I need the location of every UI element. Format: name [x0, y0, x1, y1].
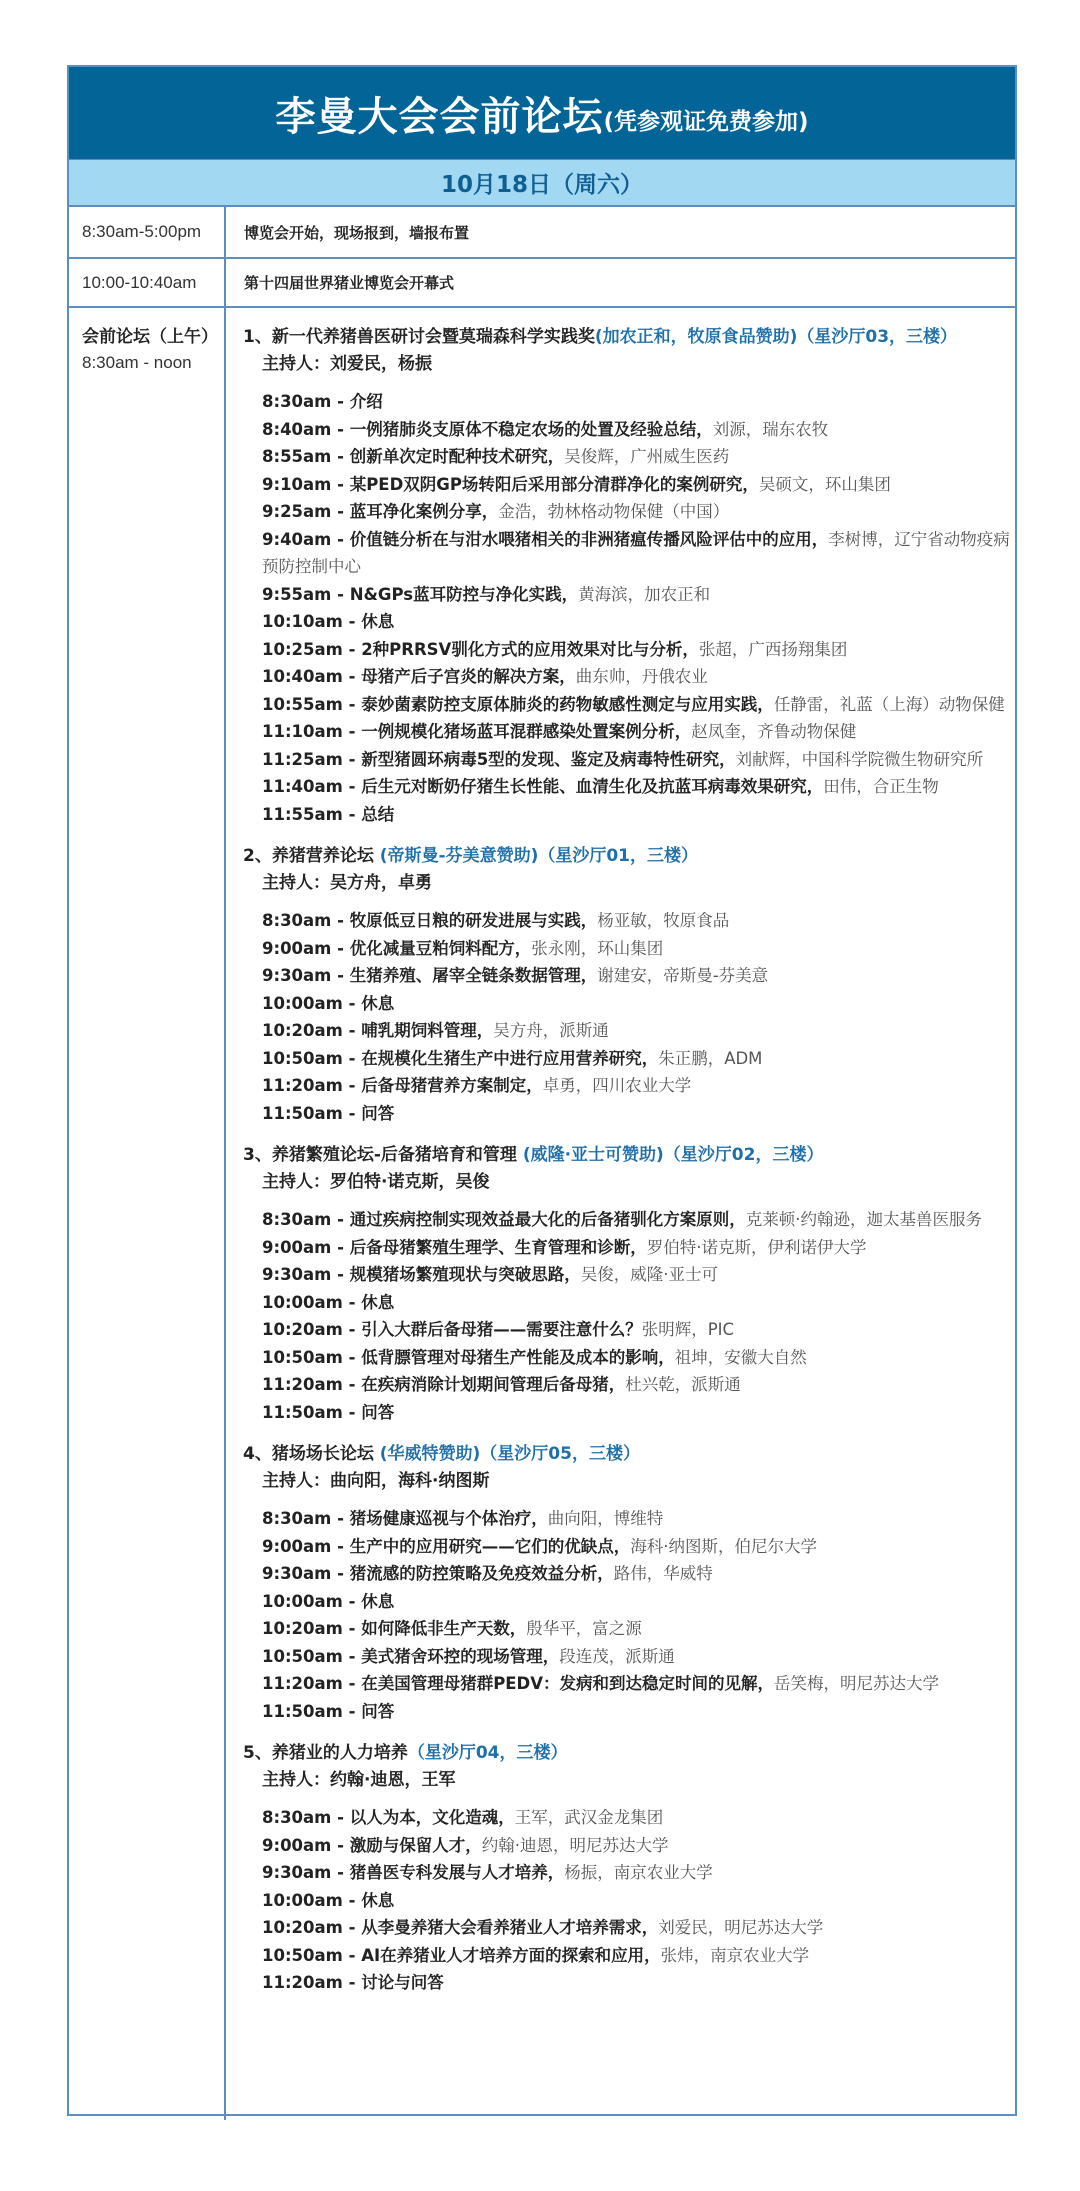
session-title: 介绍 — [350, 392, 383, 411]
time-cell: 10:00-10:40am — [69, 259, 226, 306]
session-time: 11:50am - — [262, 1702, 361, 1721]
session-time: 10:10am - — [262, 612, 361, 631]
section-items: 8:30am - 以人为本，文化造魂，王军，武汉金龙集团9:00am - 激励与… — [243, 1804, 1015, 1997]
section-sponsor-venue: （星沙厅04，三楼） — [408, 1743, 568, 1763]
session-item: 11:10am - 一例规模化猪场蓝耳混群感染处置案例分析，赵凤奎，齐鲁动物保健 — [262, 718, 1015, 746]
page-subtitle: (凭参观证免费参加) — [603, 103, 808, 136]
session-title: 休息 — [361, 612, 394, 631]
session-item: 9:30am - 猪兽医专科发展与人才培养，杨振，南京农业大学 — [262, 1859, 1015, 1887]
header-banner: 李曼大会会前论坛 (凭参观证免费参加) — [69, 67, 1015, 159]
section-items: 8:30am - 牧原低豆日粮的研发进展与实践，杨亚敏，牧原食品9:00am -… — [243, 907, 1015, 1127]
session-item: 9:30am - 猪流感的防控策略及免疫效益分析，路伟，华威特 — [262, 1560, 1015, 1588]
session-time: 10:50am - — [262, 1348, 361, 1367]
session-time: 10:25am - — [262, 640, 361, 659]
session-time: 9:30am - — [262, 1863, 350, 1882]
session-item: 10:50am - 在规模化生猪生产中进行应用营养研究，朱正鹏，ADM — [262, 1045, 1015, 1073]
session-time: 8:40am - — [262, 420, 350, 439]
session-title: AI在养猪业人才培养方面的探索和应用， — [361, 1946, 660, 1965]
section-title: 2、养猪营养论坛 (帝斯曼-芬美意赞助)（星沙厅01，三楼） — [243, 843, 1015, 870]
session-time: 9:10am - — [262, 475, 350, 494]
session-title: 如何降低非生产天数， — [361, 1619, 526, 1638]
section-sponsor-venue: (华威特赞助)（星沙厅05，三楼） — [380, 1444, 640, 1464]
session-item: 11:20am - 讨论与问答 — [262, 1969, 1015, 1997]
session-time: 10:20am - — [262, 1021, 361, 1040]
session-time: 8:30am - — [262, 392, 350, 411]
session-speaker: 路伟，华威特 — [614, 1564, 713, 1583]
session-time: 10:50am - — [262, 1647, 361, 1666]
session-title: 猪流感的防控策略及免疫效益分析， — [350, 1564, 614, 1583]
session-time: 11:25am - — [262, 750, 361, 769]
section-host: 主持人：罗伯特·诺克斯，吴俊 — [243, 1169, 1015, 1196]
forum-time: 8:30am - noon — [82, 350, 224, 375]
session-speaker: 刘爱民，明尼苏达大学 — [658, 1918, 823, 1937]
session-item: 9:00am - 生产中的应用研究——它们的优缺点，海科·纳图斯，伯尼尔大学 — [262, 1533, 1015, 1561]
session-item: 8:40am - 一例猪肺炎支原体不稳定农场的处置及经验总结，刘源，瑞东农牧 — [262, 416, 1015, 444]
session-time: 10:50am - — [262, 1049, 361, 1068]
session-item: 8:30am - 猪场健康巡视与个体治疗，曲向阳，博维特 — [262, 1505, 1015, 1533]
session-item: 10:40am - 母猪产后子宫炎的解决方案，曲东帅，丹俄农业 — [262, 663, 1015, 691]
forum-sections: 1、新一代养猪兽医研讨会暨莫瑞森科学实践奖(加农正和，牧原食品赞助)（星沙厅03… — [226, 308, 1015, 2120]
session-speaker: 约翰·迪恩，明尼苏达大学 — [482, 1836, 669, 1855]
session-speaker: 黄海滨，加农正和 — [578, 585, 710, 604]
session-speaker: 卓勇，四川农业大学 — [543, 1076, 692, 1095]
section-items: 8:30am - 通过疾病控制实现效益最大化的后备猪驯化方案原则，克莱顿·约翰逊… — [243, 1206, 1015, 1426]
session-item: 9:10am - 某PED双阴GP场转阳后采用部分清群净化的案例研究，吴硕文，环… — [262, 471, 1015, 499]
session-title: 新型猪圆环病毒5型的发现、鉴定及病毒特性研究， — [361, 750, 735, 769]
session-title: 蓝耳净化案例分享， — [350, 502, 499, 521]
session-title: 引入大群后备母猪——需要注意什么？ — [361, 1320, 642, 1339]
session-time: 9:30am - — [262, 1265, 350, 1284]
session-title: 美式猪舍环控的现场管理， — [361, 1647, 559, 1666]
session-time: 9:30am - — [262, 966, 350, 985]
session-time: 9:40am - — [262, 530, 350, 549]
session-time: 8:30am - — [262, 1210, 350, 1229]
session-title: 在疾病消除计划期间管理后备母猪， — [361, 1375, 625, 1394]
session-time: 9:00am - — [262, 1238, 350, 1257]
session-item: 9:55am - N&GPs蓝耳防控与净化实践，黄海滨，加农正和 — [262, 581, 1015, 609]
session-time: 9:00am - — [262, 1836, 350, 1855]
session-speaker: 岳笑梅，明尼苏达大学 — [774, 1674, 939, 1693]
session-title: 泰妙菌素防控支原体肺炎的药物敏感性测定与应用实践， — [361, 695, 774, 714]
forum-section: 4、猪场场长论坛 (华威特赞助)（星沙厅05，三楼） 主持人：曲向阳，海科·纳图… — [243, 1441, 1015, 1725]
session-speaker: 杨振，南京农业大学 — [564, 1863, 713, 1882]
section-host: 主持人：刘爱民，杨振 — [243, 351, 1015, 378]
session-time: 11:20am - — [262, 1375, 361, 1394]
session-item: 11:50am - 问答 — [262, 1698, 1015, 1726]
session-title: 问答 — [361, 1104, 394, 1123]
section-sponsor-venue: (帝斯曼-芬美意赞助)（星沙厅01，三楼） — [380, 846, 698, 866]
session-item: 9:25am - 蓝耳净化案例分享，金浩，勃林格动物保健（中国） — [262, 498, 1015, 526]
section-sponsor-venue: (加农正和，牧原食品赞助)（星沙厅03，三楼） — [595, 327, 957, 347]
session-item: 11:50am - 问答 — [262, 1100, 1015, 1128]
session-title: 休息 — [361, 994, 394, 1013]
session-item: 8:30am - 牧原低豆日粮的研发进展与实践，杨亚敏，牧原食品 — [262, 907, 1015, 935]
session-time: 9:25am - — [262, 502, 350, 521]
forum-section: 1、新一代养猪兽医研讨会暨莫瑞森科学实践奖(加农正和，牧原食品赞助)（星沙厅03… — [243, 324, 1015, 828]
session-item: 9:00am - 优化减量豆粕饲料配方，张永刚，环山集团 — [262, 935, 1015, 963]
session-time: 10:20am - — [262, 1320, 361, 1339]
time-cell: 8:30am-5:00pm — [69, 207, 226, 257]
forum-label: 会前论坛（上午） — [82, 325, 224, 350]
forum-section: 3、养猪繁殖论坛-后备猪培育和管理 (威隆·亚士可赞助)（星沙厅02，三楼） 主… — [243, 1142, 1015, 1426]
session-speaker: 刘献辉，中国科学院微生物研究所 — [736, 750, 984, 769]
session-item: 10:20am - 从李曼养猪大会看养猪业人才培养需求，刘爱民，明尼苏达大学 — [262, 1914, 1015, 1942]
section-host: 主持人：约翰·迪恩，王军 — [243, 1767, 1015, 1794]
session-time: 9:00am - — [262, 1537, 350, 1556]
session-time: 10:40am - — [262, 667, 361, 686]
session-item: 11:20am - 在美国管理母猪群PEDV：发病和到达稳定时间的见解，岳笑梅，… — [262, 1670, 1015, 1698]
session-speaker: 谢建安，帝斯曼-芬美意 — [597, 966, 768, 985]
session-time: 10:50am - — [262, 1946, 361, 1965]
session-title: 后备母猪营养方案制定， — [361, 1076, 543, 1095]
session-item: 10:50am - AI在养猪业人才培养方面的探索和应用，张炜，南京农业大学 — [262, 1942, 1015, 1970]
section-items: 8:30am - 猪场健康巡视与个体治疗，曲向阳，博维特9:00am - 生产中… — [243, 1505, 1015, 1725]
session-item: 11:50am - 问答 — [262, 1399, 1015, 1427]
forum-section: 2、养猪营养论坛 (帝斯曼-芬美意赞助)（星沙厅01，三楼） 主持人：吴方舟，卓… — [243, 843, 1015, 1127]
session-speaker: 金浩，勃林格动物保健（中国） — [498, 502, 729, 521]
session-speaker: 杨亚敏，牧原食品 — [597, 911, 729, 930]
session-speaker: 吴硕文，环山集团 — [759, 475, 891, 494]
session-time: 10:00am - — [262, 1891, 361, 1910]
session-item: 11:20am - 在疾病消除计划期间管理后备母猪，杜兴乾，派斯通 — [262, 1371, 1015, 1399]
session-speaker: 朱正鹏，ADM — [658, 1049, 762, 1068]
session-speaker: 祖坤，安徽大自然 — [675, 1348, 807, 1367]
session-title: 从李曼养猪大会看养猪业人才培养需求， — [361, 1918, 658, 1937]
date-label: 10月18日（周六） — [441, 166, 643, 199]
session-speaker: 张炜，南京农业大学 — [661, 1946, 810, 1965]
session-item: 11:25am - 新型猪圆环病毒5型的发现、鉴定及病毒特性研究，刘献辉，中国科… — [262, 746, 1015, 774]
session-time: 11:20am - — [262, 1973, 361, 1992]
session-time: 11:20am - — [262, 1076, 361, 1095]
session-speaker: 段连茂，派斯通 — [559, 1647, 675, 1666]
session-time: 10:55am - — [262, 695, 361, 714]
session-item: 9:30am - 规模猪场繁殖现状与突破思路，吴俊，威隆·亚士可 — [262, 1261, 1015, 1289]
session-time: 10:20am - — [262, 1918, 361, 1937]
section-title: 4、猪场场长论坛 (华威特赞助)（星沙厅05，三楼） — [243, 1441, 1015, 1468]
session-title: 后生元对断奶仔猪生长性能、血清生化及抗蓝耳病毒效果研究， — [361, 777, 823, 796]
session-title: 生猪养殖、屠宰全链条数据管理， — [350, 966, 598, 985]
session-item: 10:55am - 泰妙菌素防控支原体肺炎的药物敏感性测定与应用实践，任静雷，礼… — [262, 691, 1015, 719]
session-title: N&GPs蓝耳防控与净化实践， — [350, 585, 578, 604]
session-time: 8:30am - — [262, 1808, 350, 1827]
forum-row: 会前论坛（上午） 8:30am - noon 1、新一代养猪兽医研讨会暨莫瑞森科… — [69, 308, 1015, 2120]
session-item: 10:00am - 休息 — [262, 990, 1015, 1018]
session-time: 11:55am - — [262, 805, 361, 824]
session-title: 价值链分析在与泔水喂猪相关的非洲猪瘟传播风险评估中的应用， — [350, 530, 829, 549]
session-speaker: 曲向阳，博维特 — [548, 1509, 664, 1528]
session-title: 规模猪场繁殖现状与突破思路， — [350, 1265, 581, 1284]
session-item: 8:30am - 通过疾病控制实现效益最大化的后备猪驯化方案原则，克莱顿·约翰逊… — [262, 1206, 1015, 1234]
session-speaker: 罗伯特·诺克斯，伊利诺伊大学 — [647, 1238, 867, 1257]
schedule-table: 李曼大会会前论坛 (凭参观证免费参加) 10月18日（周六） 8:30am-5:… — [67, 65, 1017, 2116]
session-item: 8:30am - 介绍 — [262, 388, 1015, 416]
section-items: 8:30am - 介绍8:40am - 一例猪肺炎支原体不稳定农场的处置及经验总… — [243, 388, 1015, 828]
session-title: 猪兽医专科发展与人才培养， — [350, 1863, 565, 1882]
session-title: 生产中的应用研究——它们的优缺点， — [350, 1537, 631, 1556]
section-host: 主持人：吴方舟，卓勇 — [243, 870, 1015, 897]
session-title: 优化减量豆粕饲料配方， — [350, 939, 532, 958]
session-time: 10:00am - — [262, 994, 361, 1013]
session-title: 猪场健康巡视与个体治疗， — [350, 1509, 548, 1528]
content-cell: 第十四届世界猪业博览会开幕式 — [226, 259, 1015, 306]
session-item: 11:40am - 后生元对断奶仔猪生长性能、血清生化及抗蓝耳病毒效果研究，田伟… — [262, 773, 1015, 801]
session-title: 问答 — [361, 1702, 394, 1721]
session-title: 讨论与问答 — [361, 1973, 444, 1992]
session-title: 激励与保留人才， — [350, 1836, 482, 1855]
session-title: 休息 — [361, 1891, 394, 1910]
session-speaker: 殷华平，富之源 — [526, 1619, 642, 1638]
session-time: 8:30am - — [262, 911, 350, 930]
session-speaker: 任静雷，礼蓝（上海）动物保健 — [774, 695, 1005, 714]
session-item: 10:00am - 休息 — [262, 1289, 1015, 1317]
session-time: 8:30am - — [262, 1509, 350, 1528]
session-time: 10:00am - — [262, 1293, 361, 1312]
section-title: 1、新一代养猪兽医研讨会暨莫瑞森科学实践奖(加农正和，牧原食品赞助)（星沙厅03… — [243, 324, 1015, 351]
session-title: 低背膘管理对母猪生产性能及成本的影响， — [361, 1348, 675, 1367]
content-cell: 博览会开始，现场报到，墙报布置 — [226, 207, 1015, 257]
session-speaker: 赵凤奎，齐鲁动物保健 — [691, 722, 856, 741]
section-sponsor-venue: (威隆·亚士可赞助)（星沙厅02，三楼） — [523, 1145, 824, 1165]
forum-time-cell: 会前论坛（上午） 8:30am - noon — [69, 308, 226, 2120]
session-title: 在美国管理母猪群PEDV：发病和到达稳定时间的见解， — [361, 1674, 774, 1693]
session-time: 9:55am - — [262, 585, 350, 604]
session-item: 10:20am - 引入大群后备母猪——需要注意什么？张明辉，PIC — [262, 1316, 1015, 1344]
session-speaker: 张超，广西扬翔集团 — [699, 640, 848, 659]
session-time: 10:20am - — [262, 1619, 361, 1638]
session-item: 11:55am - 总结 — [262, 801, 1015, 829]
section-name: 2、养猪营养论坛 — [243, 846, 380, 866]
session-item: 10:10am - 休息 — [262, 608, 1015, 636]
session-title: 某PED双阴GP场转阳后采用部分清群净化的案例研究， — [350, 475, 759, 494]
session-speaker: 曲东帅，丹俄农业 — [576, 667, 708, 686]
session-time: 11:20am - — [262, 1674, 361, 1693]
session-title: 牧原低豆日粮的研发进展与实践， — [350, 911, 598, 930]
session-item: 10:20am - 如何降低非生产天数，殷华平，富之源 — [262, 1615, 1015, 1643]
page-title: 李曼大会会前论坛 — [275, 85, 603, 142]
session-speaker: 刘源，瑞东农牧 — [713, 420, 829, 439]
section-host: 主持人：曲向阳，海科·纳图斯 — [243, 1468, 1015, 1495]
session-time: 9:30am - — [262, 1564, 350, 1583]
session-item: 10:00am - 休息 — [262, 1588, 1015, 1616]
session-item: 10:25am - 2种PRRSV驯化方式的应用效果对比与分析，张超，广西扬翔集… — [262, 636, 1015, 664]
session-item: 8:30am - 以人为本，文化造魂，王军，武汉金龙集团 — [262, 1804, 1015, 1832]
session-title: 母猪产后子宫炎的解决方案， — [361, 667, 576, 686]
session-speaker: 张永刚，环山集团 — [531, 939, 663, 958]
session-time: 8:55am - — [262, 447, 350, 466]
session-speaker: 王军，武汉金龙集团 — [515, 1808, 664, 1827]
session-speaker: 吴方舟，派斯通 — [493, 1021, 609, 1040]
section-name: 5、养猪业的人力培养 — [243, 1743, 408, 1763]
session-title: 一例规模化猪场蓝耳混群感染处置案例分析， — [361, 722, 691, 741]
session-item: 11:20am - 后备母猪营养方案制定，卓勇，四川农业大学 — [262, 1072, 1015, 1100]
session-title: 通过疾病控制实现效益最大化的后备猪驯化方案原则， — [350, 1210, 746, 1229]
session-title: 问答 — [361, 1403, 394, 1422]
session-time: 9:00am - — [262, 939, 350, 958]
session-title: 一例猪肺炎支原体不稳定农场的处置及经验总结， — [350, 420, 713, 439]
section-name: 3、养猪繁殖论坛-后备猪培育和管理 — [243, 1145, 523, 1165]
session-title: 以人为本，文化造魂， — [350, 1808, 515, 1827]
session-title: 哺乳期饲料管理， — [361, 1021, 493, 1040]
session-speaker: 吴俊，威隆·亚士可 — [581, 1265, 718, 1284]
session-speaker: 克莱顿·约翰逊，迦太基兽医服务 — [746, 1210, 982, 1229]
forum-section: 5、养猪业的人力培养（星沙厅04，三楼） 主持人：约翰·迪恩，王军 8:30am… — [243, 1740, 1015, 1997]
section-title: 3、养猪繁殖论坛-后备猪培育和管理 (威隆·亚士可赞助)（星沙厅02，三楼） — [243, 1142, 1015, 1169]
section-name: 1、新一代养猪兽医研讨会暨莫瑞森科学实践奖 — [243, 327, 595, 347]
session-item: 9:40am - 价值链分析在与泔水喂猪相关的非洲猪瘟传播风险评估中的应用，李树… — [262, 526, 1015, 581]
session-speaker: 吴俊辉，广州威生医药 — [564, 447, 729, 466]
schedule-row: 8:30am-5:00pm 博览会开始，现场报到，墙报布置 — [69, 207, 1015, 259]
session-time: 10:00am - — [262, 1592, 361, 1611]
session-title: 创新单次定时配种技术研究， — [350, 447, 565, 466]
session-time: 11:10am - — [262, 722, 361, 741]
session-speaker: 田伟，合正生物 — [823, 777, 939, 796]
session-item: 10:00am - 休息 — [262, 1887, 1015, 1915]
session-time: 11:40am - — [262, 777, 361, 796]
session-speaker: 杜兴乾，派斯通 — [625, 1375, 741, 1394]
session-title: 休息 — [361, 1592, 394, 1611]
session-item: 9:00am - 后备母猪繁殖生理学、生育管理和诊断，罗伯特·诺克斯，伊利诺伊大… — [262, 1234, 1015, 1262]
section-name: 4、猪场场长论坛 — [243, 1444, 380, 1464]
session-item: 10:50am - 美式猪舍环控的现场管理，段连茂，派斯通 — [262, 1643, 1015, 1671]
session-item: 10:50am - 低背膘管理对母猪生产性能及成本的影响，祖坤，安徽大自然 — [262, 1344, 1015, 1372]
session-title: 在规模化生猪生产中进行应用营养研究， — [361, 1049, 658, 1068]
session-time: 11:50am - — [262, 1403, 361, 1422]
session-title: 后备母猪繁殖生理学、生育管理和诊断， — [350, 1238, 647, 1257]
session-time: 11:50am - — [262, 1104, 361, 1123]
session-title: 2种PRRSV驯化方式的应用效果对比与分析， — [361, 640, 699, 659]
session-item: 10:20am - 哺乳期饲料管理，吴方舟，派斯通 — [262, 1017, 1015, 1045]
session-speaker: 张明辉，PIC — [642, 1320, 734, 1339]
section-title: 5、养猪业的人力培养（星沙厅04，三楼） — [243, 1740, 1015, 1767]
session-item: 8:55am - 创新单次定时配种技术研究，吴俊辉，广州威生医药 — [262, 443, 1015, 471]
session-item: 9:00am - 激励与保留人才，约翰·迪恩，明尼苏达大学 — [262, 1832, 1015, 1860]
session-speaker: 海科·纳图斯，伯尼尔大学 — [630, 1537, 817, 1556]
schedule-row: 10:00-10:40am 第十四届世界猪业博览会开幕式 — [69, 259, 1015, 308]
date-band: 10月18日（周六） — [69, 159, 1015, 207]
session-title: 休息 — [361, 1293, 394, 1312]
session-item: 9:30am - 生猪养殖、屠宰全链条数据管理，谢建安，帝斯曼-芬美意 — [262, 962, 1015, 990]
session-title: 总结 — [361, 805, 394, 824]
